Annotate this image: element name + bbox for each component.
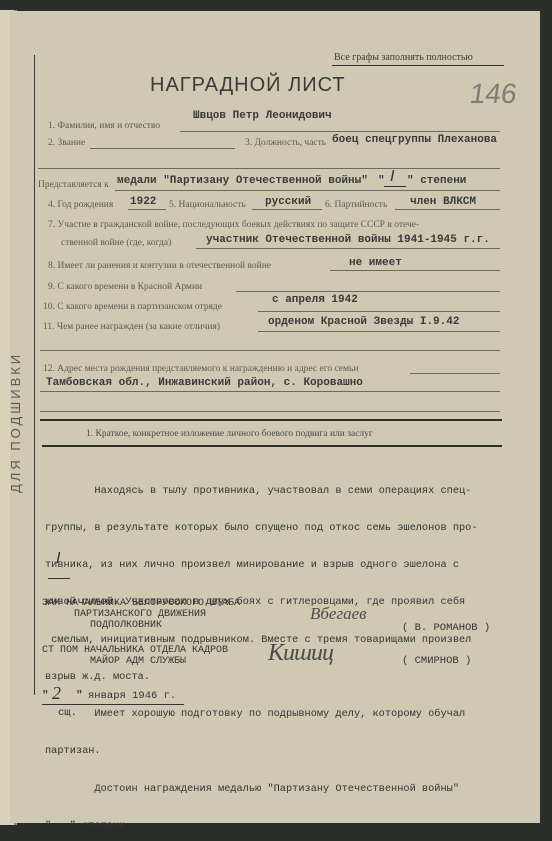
previous-awards-line-2 [40,350,500,351]
merit-line: " " степени. [45,820,505,832]
field-rank-label: 2. Звание [48,138,85,148]
red-army-since-label: 9. С какого времени в Красной Армии [48,282,202,292]
presented-label: Представляется к [38,180,109,190]
instruction-text: Все графы заполнять полностью [334,52,473,63]
signatory-1-title-3: ПОДПОЛКОВНИК [90,620,162,631]
presented-line [115,190,500,191]
party-label: 6. Партийность [325,200,387,210]
address-label: 12. Адрес места рождения представляемого… [43,364,358,374]
signatory-2-name: ( СМИРНОВ ) [402,655,471,667]
degree-underline [384,186,406,187]
partisan-since-value: с апреля 1942 [272,294,358,306]
instruction-underline [332,65,504,66]
birth-year-label: 4. Год рождения [48,200,113,210]
wounds-value: не имеет [349,257,402,269]
field-name-label: 1. Фамилия, имя и отчество [48,121,160,131]
war-participation-value: участник Отечественной войны 1941-1945 г… [206,234,490,246]
date-underline [42,704,184,705]
address-value: Тамбовская обл., Инжавинский район, с. К… [46,377,363,389]
signature-1: Вбегаев [310,604,367,624]
wounds-label: 8. Имеет ли ранения и контузии в отечест… [48,261,271,271]
date-month-year: января 1946 г. [88,690,176,702]
red-army-since-line [236,291,500,292]
address-line-3 [40,411,500,412]
field-name-line [180,131,500,132]
date-close-quote: " [76,690,83,702]
document-title: НАГРАДНОЙ ЛИСТ [150,74,346,97]
war-participation-label-2: ственной войне (где, когда) [61,238,171,248]
wounds-line [330,270,500,271]
previous-awards-line [258,331,500,332]
address-line-2 [40,391,500,392]
address-line-1 [410,373,500,374]
degree-handwritten: I [390,168,394,186]
merit-line: Достоин награждения медалью "Партизану О… [45,783,505,795]
partisan-since-label: 10. С какого времени в партизанском отря… [43,302,222,312]
field-rank-line [90,148,235,149]
previous-awards-value: орденом Красной Звезды I.9.42 [268,316,459,328]
section-heading: 1. Краткое, конкретное изложение личного… [86,429,373,439]
binding-margin-label: ДЛЯ ПОДШИВКИ [8,335,28,510]
signatory-1-title-2: ПАРТИЗАНСКОГО ДВИЖЕНИЯ [74,609,206,620]
merit-line: Находясь в тылу противника, участвовал в… [45,485,505,497]
merit-degree-underline [48,578,70,579]
partisan-since-line [258,311,500,312]
nationality-label: 5. Национальность [169,200,246,210]
date-open-quote: " [42,690,49,702]
separator-line [38,168,500,169]
section-bottom-rule [42,445,502,447]
margin-line [34,55,35,695]
merit-line: группы, в результате которых было спущен… [45,522,505,534]
merit-line: Имеет хорошую подготовку по подрывному д… [45,708,505,720]
section-top-rule [40,419,502,421]
field-position-label: 3. Должность, часть [245,138,326,148]
signatory-2-title-2: МАЙОР АДМ СЛУЖБЫ [90,656,186,667]
signatory-1-title-1: ЗАМ НАЧАЛЬНИКА БЕЛОРУССКОГО ШТАБА [42,598,240,609]
nationality-value: русский [265,196,311,208]
page-number-handwritten: 146 [468,78,519,110]
typist-initials: сщ. [58,707,77,719]
merit-line: партизан. [45,745,505,757]
field-name-value: Швцов Петр Леонидович [193,110,332,122]
degree-suffix: " степени [407,175,466,187]
party-line [395,209,500,210]
party-value: член ВЛКСМ [410,196,476,208]
signatory-1-name: ( В. РОМАНОВ ) [402,622,490,634]
date-day-handwritten: 2 [52,683,61,704]
field-position-value: боец спецгруппы Плеханова [332,134,497,146]
presented-award-value: медали "Партизану Отечественной войны" [117,175,368,187]
war-participation-line [196,248,500,249]
nationality-line [252,209,322,210]
previous-awards-label: 11. Чем ранее награжден (за какие отличи… [43,322,220,332]
merit-line: тивника, из них лично произвел минирован… [45,559,505,571]
signatory-2-title-1: СТ ПОМ НАЧАЛЬНИКА ОТДЕЛА КАДРОВ [42,645,228,656]
birth-year-value: 1922 [130,196,156,208]
birth-year-line [128,209,166,210]
merit-degree-handwritten: I [56,550,60,568]
signature-2: Кишиц [268,640,333,667]
merit-line: взрыв ж.д. моста. [45,671,505,683]
war-participation-label-1: 7. Участие в гражданской войне, последую… [48,220,419,230]
